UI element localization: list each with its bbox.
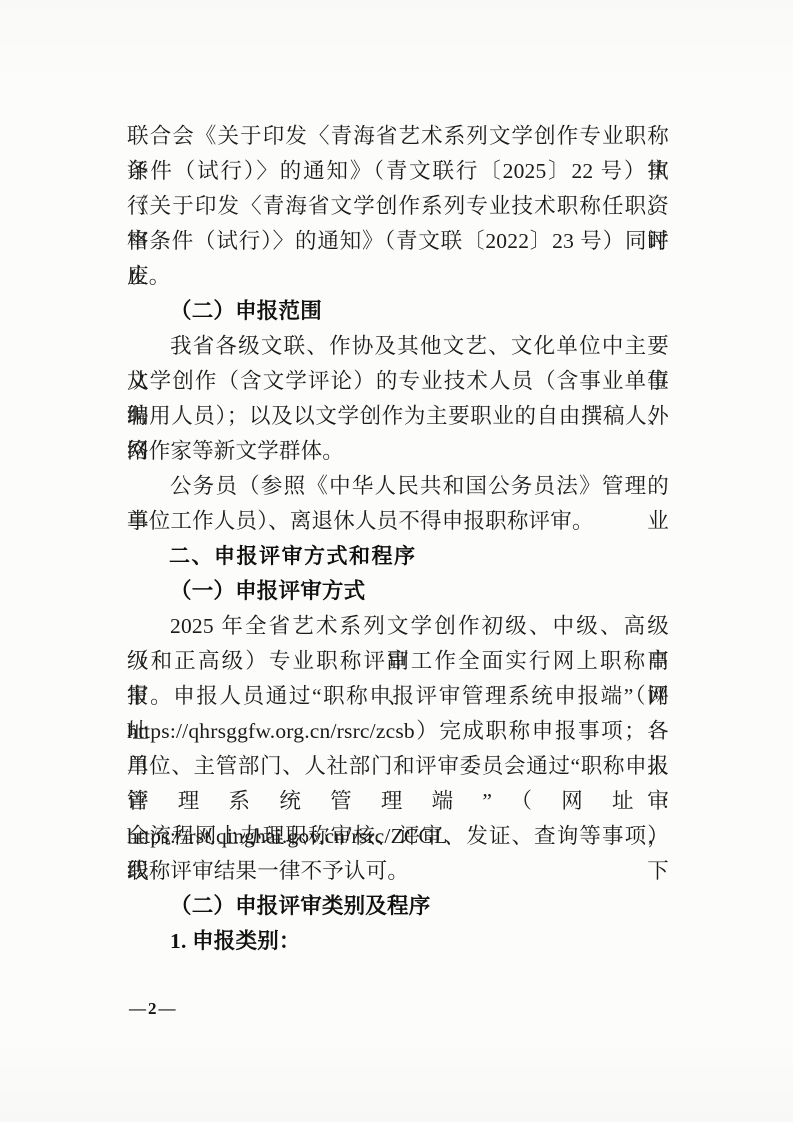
section-heading-category-procedure: （二）申报评审类别及程序 xyxy=(127,889,669,924)
body-line: 公务员（参照《中华人民共和国公务员法》管理的事业 xyxy=(127,469,669,504)
section-heading-declare-method: （一）申报评审方式 xyxy=(127,574,669,609)
body-line-url-manage: 管理系统管理端”（网址: https://rst.qinghai.gov.cn/… xyxy=(127,784,669,819)
body-line: 聘用人员）；以及以文学创作为主要职业的自由撰稿人、网 xyxy=(127,399,669,434)
body-line: 单位工作人员）、离退休人员不得申报职称评审。 xyxy=(127,504,669,539)
body-line: 条件（试行）〉的通知》（青文联行〔2025〕22 号）执行。 xyxy=(127,154,669,189)
body-line: 单位、主管部门、人社部门和评审委员会通过“职称申报评审 xyxy=(127,749,669,784)
body-line: 审。申报人员通过“职称申报评审管理系统申报端”（网址： xyxy=(127,679,669,714)
body-line: 2025 年全省艺术系列文学创作初级、中级、高级（副高 xyxy=(127,609,669,644)
body-line: 审条件（试行）〉的通知》（青文联〔2022〕23 号）同时废 xyxy=(127,224,669,259)
body-line: 止。 xyxy=(127,259,669,294)
body-line: 文学创作（含文学评论）的专业技术人员（含事业单位编外 xyxy=(127,364,669,399)
item-heading-declare-category: 1. 申报类别： xyxy=(127,924,669,959)
body-line: 级和正高级）专业职称评审工作全面实行网上职称申报、评 xyxy=(127,644,669,679)
document-body: 联合会《关于印发〈青海省艺术系列文学创作专业职称评审 条件（试行）〉的通知》（青… xyxy=(127,119,669,959)
body-line-url-declare: https://qhrsggfw.org.cn/rsrc/zcsb）完成职称申报… xyxy=(127,714,669,749)
body-line: 全流程网上办理职称审核、评审、发证、查询等事项，线下 xyxy=(127,819,669,854)
chapter-heading-review-method: 二、申报评审方式和程序 xyxy=(127,539,669,574)
body-line: 《关于印发〈青海省文学创作系列专业技术职称任职资格评 xyxy=(127,189,669,224)
body-line: 我省各级文联、作协及其他文艺、文化单位中主要从事 xyxy=(127,329,669,364)
section-heading-declare-scope: （二）申报范围 xyxy=(127,294,669,329)
page-number: —2— xyxy=(129,999,178,1019)
body-line: 络作家等新文学群体。 xyxy=(127,434,669,469)
body-line: 联合会《关于印发〈青海省艺术系列文学创作专业职称评审 xyxy=(127,119,669,154)
